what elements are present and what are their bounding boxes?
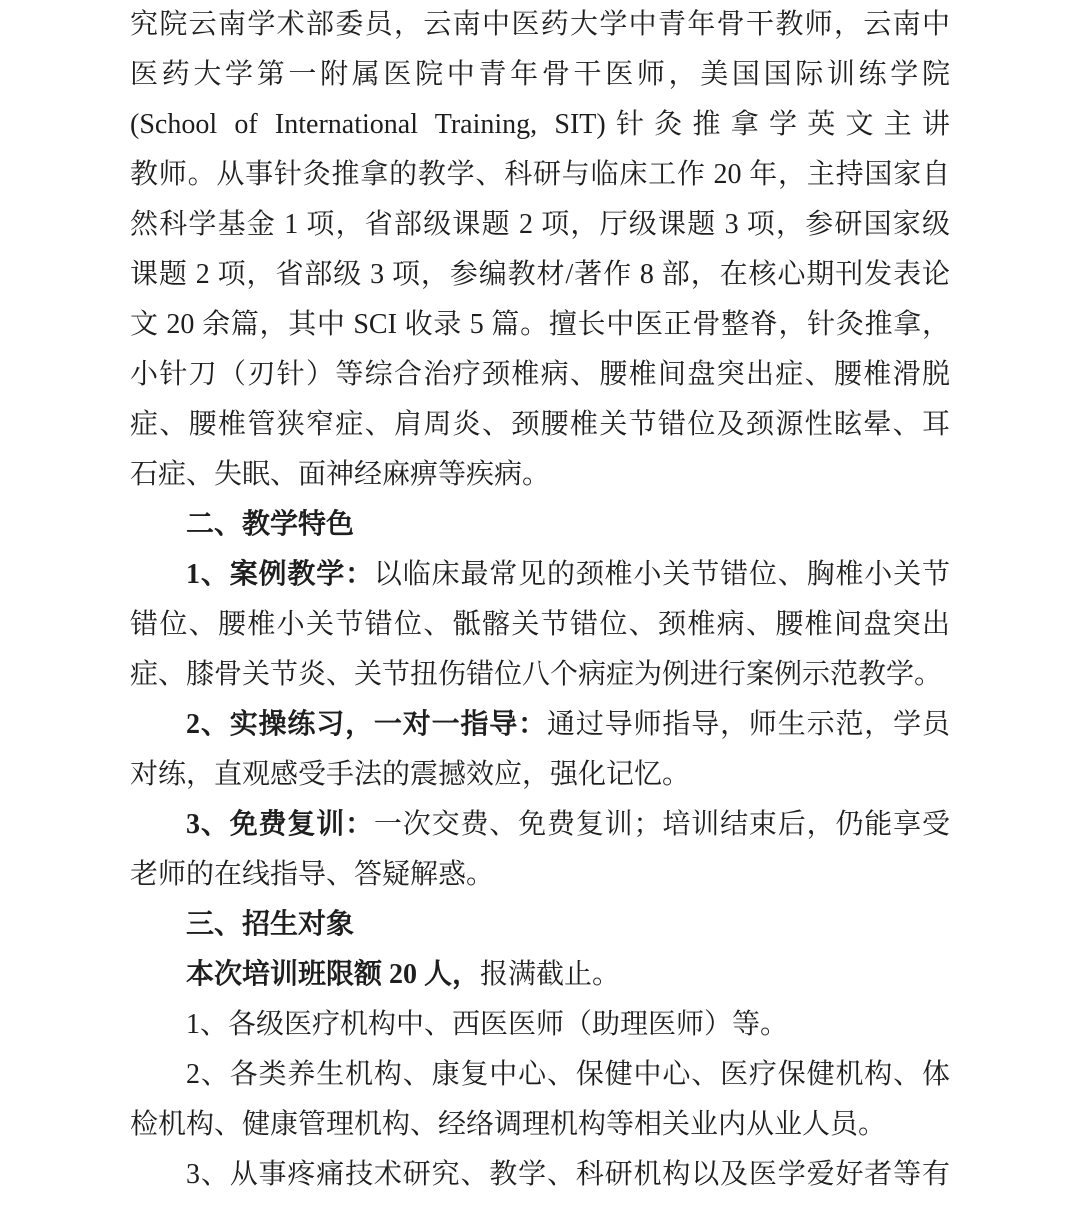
text-line: 症、膝骨关节炎、关节扭伤错位八个病症为例进行案例示范教学。 [130, 650, 950, 700]
text-line: 二、教学特色 [130, 500, 950, 550]
body-text: 课题 2 项，省部级 3 项，参编教材/著作 8 部，在核心期刊发表论 [130, 259, 950, 290]
bold-text: 三、招生对象 [186, 909, 354, 940]
text-line: 老师的在线指导、答疑解惑。 [130, 850, 950, 900]
bold-text: 3、免费复训： [186, 809, 374, 840]
body-text: 1、各级医疗机构中、西医医师（助理医师）等。 [186, 1009, 788, 1040]
feature-hands-on-practice: 2、实操练习，一对一指导：通过导师指导，师生示范，学员对练，直观感受手法的震撼效… [130, 700, 950, 800]
text-line: 1、案例教学：以临床最常见的颈椎小关节错位、胸椎小关节 [130, 550, 950, 600]
text-line: 三、招生对象 [130, 900, 950, 950]
text-line: 1、各级医疗机构中、西医医师（助理医师）等。 [130, 1000, 950, 1050]
body-text: 检机构、健康管理机构、经络调理机构等相关业内从业人员。 [130, 1109, 886, 1140]
feature-case-teaching: 1、案例教学：以临床最常见的颈椎小关节错位、胸椎小关节错位、腰椎小关节错位、骶髂… [130, 550, 950, 700]
text-line: 检机构、健康管理机构、经络调理机构等相关业内从业人员。 [130, 1100, 950, 1150]
body-text: 老师的在线指导、答疑解惑。 [130, 859, 494, 890]
bold-text: 本次培训班限额 20 人， [186, 959, 480, 990]
text-line: 究院云南学术部委员，云南中医药大学中青年骨干教师，云南中 [130, 0, 950, 50]
text-line: 教师。从事针灸推拿的教学、科研与临床工作 20 年，主持国家自 [130, 150, 950, 200]
text-line: 2、实操练习，一对一指导：通过导师指导，师生示范，学员 [130, 700, 950, 750]
bold-text: 1、案例教学： [186, 559, 374, 590]
body-text: 究院云南学术部委员，云南中医药大学中青年骨干教师，云南中 [130, 9, 950, 40]
text-line: (School of International Training, SIT)针… [130, 100, 950, 150]
body-text: 以临床最常见的颈椎小关节错位、胸椎小关节 [374, 559, 950, 590]
target-item-1: 1、各级医疗机构中、西医医师（助理医师）等。 [130, 1000, 950, 1050]
feature-free-retraining: 3、免费复训：一次交费、免费复训；培训结束后，仍能享受老师的在线指导、答疑解惑。 [130, 800, 950, 900]
body-text: 3、从事疼痛技术研究、教学、科研机构以及医学爱好者等有 [186, 1159, 950, 1190]
body-text: 教师。从事针灸推拿的教学、科研与临床工作 20 年，主持国家自 [130, 159, 950, 190]
body-text: 症、膝骨关节炎、关节扭伤错位八个病症为例进行案例示范教学。 [130, 659, 942, 690]
document-body: 究院云南学术部委员，云南中医药大学中青年骨干教师，云南中医药大学第一附属医院中青… [130, 0, 950, 1200]
bold-text: 二、教学特色 [186, 509, 354, 540]
body-text: 小针刀（刃针）等综合治疗颈椎病、腰椎间盘突出症、腰椎滑脱 [130, 359, 950, 390]
body-text: 报满截止。 [480, 959, 620, 990]
body-text: 症、腰椎管狭窄症、肩周炎、颈腰椎关节错位及颈源性眩晕、耳 [130, 409, 950, 440]
body-text: (School of International Training, SIT)针… [130, 109, 950, 140]
text-line: 然科学基金 1 项，省部级课题 2 项，厅级课题 3 项，参研国家级 [130, 200, 950, 250]
document-page: 究院云南学术部委员，云南中医药大学中青年骨干教师，云南中医药大学第一附属医院中青… [0, 0, 1080, 1215]
heading-teaching-features: 二、教学特色 [130, 500, 950, 550]
text-line: 3、从事疼痛技术研究、教学、科研机构以及医学爱好者等有 [130, 1150, 950, 1200]
body-text: 文 20 余篇，其中 SCI 收录 5 篇。擅长中医正骨整脊，针灸推拿， [130, 309, 950, 340]
instructor-bio-continued: 究院云南学术部委员，云南中医药大学中青年骨干教师，云南中医药大学第一附属医院中青… [130, 0, 950, 500]
text-line: 症、腰椎管狭窄症、肩周炎、颈腰椎关节错位及颈源性眩晕、耳 [130, 400, 950, 450]
body-text: 对练，直观感受手法的震撼效应，强化记忆。 [130, 759, 690, 790]
text-line: 文 20 余篇，其中 SCI 收录 5 篇。擅长中医正骨整脊，针灸推拿， [130, 300, 950, 350]
bold-text: 2、实操练习，一对一指导： [186, 709, 547, 740]
text-line: 本次培训班限额 20 人，报满截止。 [130, 950, 950, 1000]
text-line: 2、各类养生机构、康复中心、保健中心、医疗保健机构、体 [130, 1050, 950, 1100]
text-line: 石症、失眠、面神经麻痹等疾病。 [130, 450, 950, 500]
heading-enrollment-targets: 三、招生对象 [130, 900, 950, 950]
body-text: 然科学基金 1 项，省部级课题 2 项，厅级课题 3 项，参研国家级 [130, 209, 950, 240]
target-item-3-continued: 3、从事疼痛技术研究、教学、科研机构以及医学爱好者等有 [130, 1150, 950, 1200]
body-text: 错位、腰椎小关节错位、骶髂关节错位、颈椎病、腰椎间盘突出 [130, 609, 950, 640]
body-text: 2、各类养生机构、康复中心、保健中心、医疗保健机构、体 [186, 1059, 950, 1090]
text-line: 错位、腰椎小关节错位、骶髂关节错位、颈椎病、腰椎间盘突出 [130, 600, 950, 650]
text-line: 课题 2 项，省部级 3 项，参编教材/著作 8 部，在核心期刊发表论 [130, 250, 950, 300]
body-text: 石症、失眠、面神经麻痹等疾病。 [130, 459, 550, 490]
text-line: 医药大学第一附属医院中青年骨干医师，美国国际训练学院 [130, 50, 950, 100]
body-text: 医药大学第一附属医院中青年骨干医师，美国国际训练学院 [130, 59, 950, 90]
body-text: 通过导师指导，师生示范，学员 [547, 709, 950, 740]
text-line: 对练，直观感受手法的震撼效应，强化记忆。 [130, 750, 950, 800]
body-text: 一次交费、免费复训；培训结束后，仍能享受 [374, 809, 950, 840]
target-item-2: 2、各类养生机构、康复中心、保健中心、医疗保健机构、体检机构、健康管理机构、经络… [130, 1050, 950, 1150]
quota-notice: 本次培训班限额 20 人，报满截止。 [130, 950, 950, 1000]
text-line: 小针刀（刃针）等综合治疗颈椎病、腰椎间盘突出症、腰椎滑脱 [130, 350, 950, 400]
text-line: 3、免费复训：一次交费、免费复训；培训结束后，仍能享受 [130, 800, 950, 850]
